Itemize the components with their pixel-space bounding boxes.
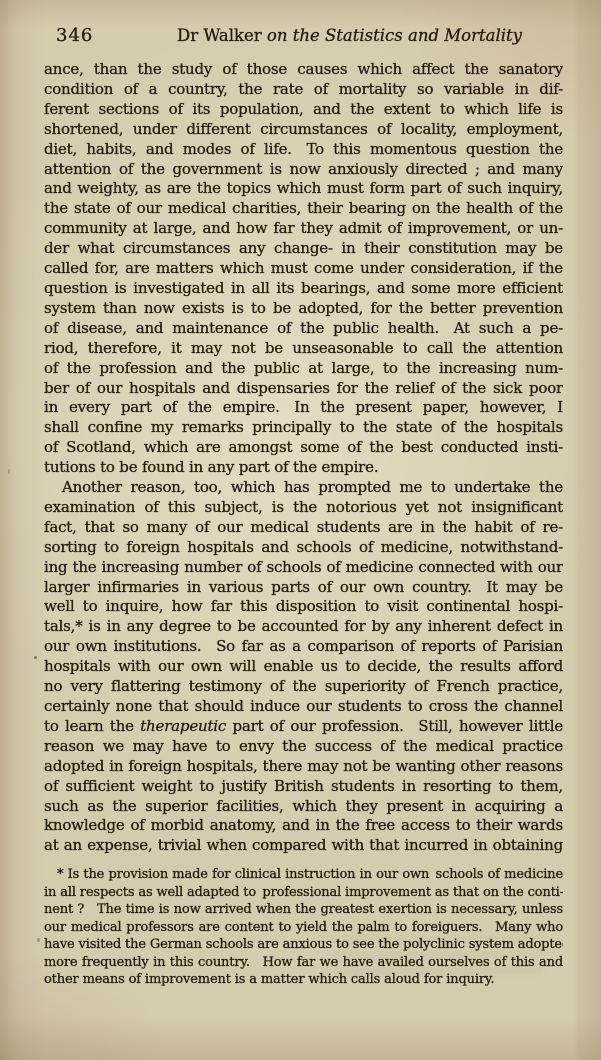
- text-line: of Scotland, which are amongst some of t…: [44, 438, 563, 458]
- text-line: community at large, and how far they adm…: [44, 219, 563, 239]
- text-line: hospitals with our own will enable us to…: [44, 657, 563, 677]
- text-line: attention of the government is now anxio…: [44, 160, 563, 180]
- text-line: larger infirmaries in various parts of o…: [44, 578, 563, 598]
- text-line: * Is the provision made for clinical ins…: [44, 866, 563, 884]
- text-line: ber of our hospitals and dispensaries fo…: [44, 379, 563, 399]
- text-line: shall confine my remarks principally to …: [44, 418, 563, 438]
- text-line: of disease, and maintenance of the publi…: [44, 319, 563, 339]
- text-line: our own institutions. So far as a compar…: [44, 637, 563, 657]
- text-line: our medical professors are content to yi…: [44, 919, 563, 937]
- bleed-through-smudge: [333, 935, 543, 983]
- page-header: 346 Dr Walker on the Statistics and Mort…: [44, 25, 563, 49]
- text-line: called for, are matters which must come …: [44, 259, 563, 279]
- text-line: riod, therefore, it may not be unseasona…: [44, 339, 563, 359]
- text-line: Another reason, too, which has prompted …: [44, 478, 563, 498]
- text-line: der what circumstances any change- in th…: [44, 239, 563, 259]
- text-line: knowledge of morbid anatomy, and in the …: [44, 816, 563, 836]
- text-line: tals,* is in any degree to be accounted …: [44, 617, 563, 637]
- text-line: reason we may have to envy the success o…: [44, 737, 563, 757]
- text-line: adopted in foreign hospitals, there may …: [44, 757, 563, 777]
- text-line: in all respects as well adapted to profe…: [44, 884, 563, 902]
- text-line: tutions to be found in any part of the e…: [44, 458, 563, 478]
- text-line: nent ? The time is now arrived when the …: [44, 901, 563, 919]
- text-line: ferent sections of its population, and t…: [44, 100, 563, 120]
- running-title-subject: on the Statistics and Mortality: [267, 26, 522, 45]
- text-line: of the profession and the public at larg…: [44, 359, 563, 379]
- ink-speck: [34, 656, 37, 659]
- text-line: system than now exists is to be adopted,…: [44, 299, 563, 319]
- text-line: at an expense, trivial when compared wit…: [44, 836, 563, 856]
- ink-speck: [8, 469, 10, 474]
- text-line: well to inquire, how far this dispositio…: [44, 597, 563, 617]
- body-text: ance, than the study of those causes whi…: [44, 60, 563, 856]
- text-line: to learn the therapeutic part of our pro…: [44, 717, 563, 737]
- text-line: in every part of the empire. In the pres…: [44, 398, 563, 418]
- text-line: diet, habits, and modes of life. To this…: [44, 140, 563, 160]
- text-line: ance, than the study of those causes whi…: [44, 60, 563, 80]
- text-line: such as the superior facilities, which t…: [44, 797, 563, 817]
- text-line: examination of this subject, is the noto…: [44, 498, 563, 518]
- running-title-author: Dr Walker: [177, 26, 267, 45]
- text-line: no very flattering testimony of the supe…: [44, 677, 563, 697]
- text-line: sorting to foreign hospitals and schools…: [44, 538, 563, 558]
- text-line: question is investigated in all its bear…: [44, 279, 563, 299]
- text-line: of sufficient weight to justify British …: [44, 777, 563, 797]
- running-title: Dr Walker on the Statistics and Mortalit…: [177, 26, 522, 45]
- text-line: certainly none that should induce our st…: [44, 697, 563, 717]
- page-number: 346: [56, 25, 93, 46]
- book-page: 346 Dr Walker on the Statistics and Mort…: [0, 0, 601, 1060]
- ink-speck: [37, 938, 40, 942]
- text-line: shortened, under different circumstances…: [44, 120, 563, 140]
- text-line: the state of our medical charities, thei…: [44, 199, 563, 219]
- text-line: and weighty, as are the topics which mus…: [44, 179, 563, 199]
- text-line: condition of a country, the rate of mort…: [44, 80, 563, 100]
- text-line: fact, that so many of our medical studen…: [44, 518, 563, 538]
- text-line: ing the increasing number of schools of …: [44, 558, 563, 578]
